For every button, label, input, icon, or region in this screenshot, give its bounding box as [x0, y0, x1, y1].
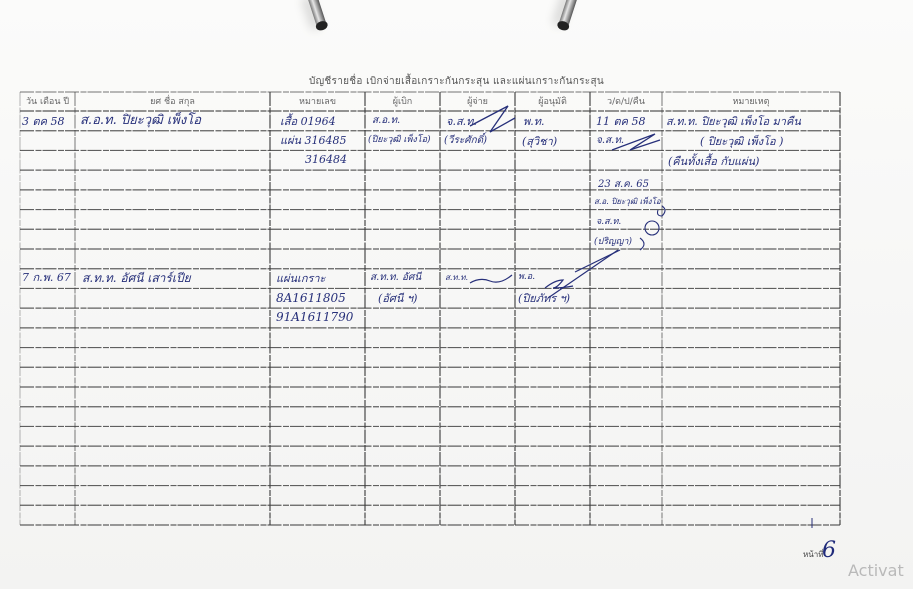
scanned-document-page: บัญชีรายชื่อ เบิกจ่ายเสื้อเกราะกันกระสุน… — [0, 0, 913, 589]
signature-strokes — [0, 0, 913, 589]
page-label: หน้าที่ — [803, 548, 824, 561]
os-activation-watermark: Activat — [848, 561, 904, 580]
page-number: 6 — [822, 538, 836, 563]
